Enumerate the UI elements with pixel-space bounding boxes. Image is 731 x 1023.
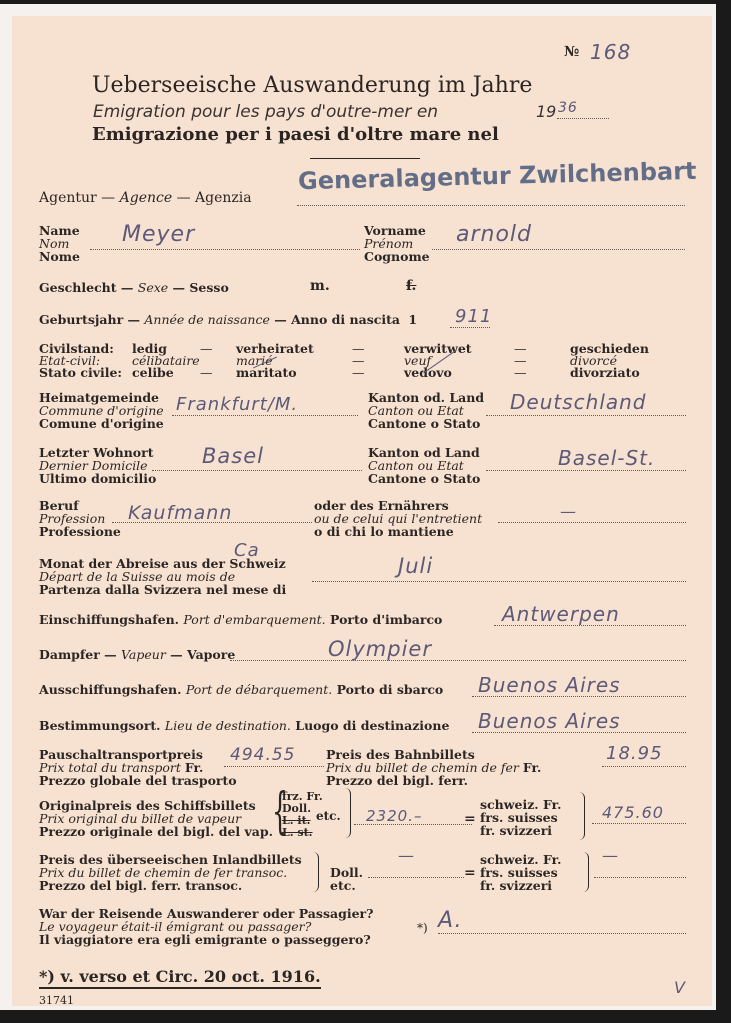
right-brace-icon <box>582 852 589 892</box>
agency-stamp: Generalagentur Zwilchenbart <box>298 157 697 195</box>
birth-year-prefix: 1 <box>408 312 417 327</box>
name-value[interactable]: Meyer <box>122 222 195 247</box>
inland-ticket-price-label-it: Prezzo del bigl. ferr. transoc. <box>39 879 302 892</box>
footer-note: *) v. verso et Circ. 20 oct. 1916. <box>39 967 321 989</box>
name-label-it: Nome <box>39 250 80 263</box>
steamer-label-de: Dampfer — <box>39 647 117 662</box>
title-german: Ueberseeische Auswanderung im Jahre <box>92 73 532 98</box>
agency-dotted-line <box>297 205 685 206</box>
ship-ticket-price-label: Originalpreis des Schiffsbillets Prix or… <box>39 799 273 838</box>
currency-option: L. st. <box>282 827 323 839</box>
year-value: 36 <box>558 100 578 116</box>
home-country-label-it: Cantone o Stato <box>368 417 484 430</box>
birth-year-label: Geburtsjahr — Année de naissance — Anno … <box>39 313 417 326</box>
year-dotted-line <box>557 118 609 119</box>
sex-option-female[interactable]: f. <box>406 278 416 294</box>
destination-label-fr: Lieu de destination. <box>165 718 291 733</box>
residence-canton-dotted-line <box>486 470 686 471</box>
profession-value[interactable]: Kaufmann <box>128 502 232 524</box>
agency-label: Agentur — Agence — Agenzia <box>39 190 252 206</box>
title-italian: Emigrazione per i paesi d'oltre mare nel <box>92 124 499 145</box>
equals-sign: = <box>464 811 476 827</box>
chf-label: fr. svizzeri <box>480 824 561 837</box>
sex-option-male[interactable]: m. <box>310 278 330 294</box>
residence-canton-value[interactable]: Basel-St. <box>558 446 655 470</box>
home-country-dotted-line <box>486 415 686 416</box>
provider-value[interactable]: — <box>560 502 577 521</box>
option-it: maritato <box>236 367 314 379</box>
right-brace-icon <box>312 852 319 892</box>
disembarkation-port-value[interactable]: Buenos Aires <box>478 673 621 697</box>
ship-ticket-chf-value[interactable]: 475.60 <box>602 803 664 822</box>
form-number-value: 168 <box>590 40 631 64</box>
civil-status-married[interactable]: verheiratet marié maritato <box>236 343 314 379</box>
dash: — <box>352 367 365 379</box>
provider-dotted-line <box>498 522 686 523</box>
disembarkation-port-label-it: Porto di sbarco <box>337 682 444 697</box>
right-brace-icon <box>344 788 351 838</box>
inland-ticket-chf-labels: schweiz. Fr. frs. suisses fr. svizzeri <box>480 853 561 892</box>
total-transport-price-value[interactable]: 494.55 <box>230 745 295 765</box>
first-name-dotted-line <box>432 249 685 250</box>
name-dotted-line <box>90 249 360 250</box>
first-name-label: Vorname Prénom Cognome <box>364 224 430 263</box>
home-town-dotted-line <box>172 415 358 416</box>
disembarkation-port-label-fr: Port de débarquement. <box>186 682 332 697</box>
rail-ticket-price-dotted-line <box>602 766 686 767</box>
option-it: celibe <box>132 367 200 379</box>
steamer-label-fr: Vapeur <box>121 647 166 662</box>
embarkation-port-label-it: Porto d'imbarco <box>330 612 442 627</box>
last-residence-label-it: Ultimo domicilio <box>39 472 156 485</box>
total-transport-price-label-it: Prezzo globale del trasporto <box>39 774 237 787</box>
departure-month-dotted-line <box>312 581 686 582</box>
civil-status-label-it: Stato civile: <box>39 367 122 379</box>
residence-canton-label: Kanton od Land Canton ou Etat Cantone o … <box>368 446 480 485</box>
birth-year-label-it: — Anno di nascita <box>274 312 400 327</box>
sex-label-fr: Sexe <box>138 280 168 295</box>
home-town-label-it: Comune d'origine <box>39 417 164 430</box>
embarkation-port-dotted-line <box>494 625 686 626</box>
steamer-label-it: — Vapore <box>170 647 235 662</box>
birth-year-dotted-line <box>450 327 490 328</box>
year-prefix: 19 <box>536 102 556 121</box>
dash: — <box>200 367 213 379</box>
destination-label: Bestimmungsort. Lieu de destination. Luo… <box>39 719 449 732</box>
home-country-label: Kanton od. Land Canton ou Etat Cantone o… <box>368 391 484 430</box>
ship-ticket-chf-dotted-line <box>592 823 686 824</box>
inland-ticket-dotted-line <box>368 877 464 878</box>
destination-value[interactable]: Buenos Aires <box>478 709 621 733</box>
currency-option: etc. <box>330 879 363 892</box>
emigration-form: № 168 Ueberseeische Auswanderung im Jahr… <box>12 16 712 1006</box>
steamer-dotted-line <box>230 660 686 661</box>
embarkation-port-label: Einschiffungshafen. Port d'embarquement.… <box>39 613 442 626</box>
birth-year-label-fr: Année de naissance <box>144 312 270 327</box>
departure-month-value[interactable]: Juli <box>398 554 433 578</box>
destination-dotted-line <box>472 732 686 733</box>
home-town-label: Heimatgemeinde Commune d'origine Comune … <box>39 391 164 430</box>
first-name-label-it: Cognome <box>364 250 430 263</box>
rail-ticket-price-label-it: Prezzo del bigl. ferr. <box>326 774 541 787</box>
sex-label: Geschlecht — Sexe — Sesso <box>39 281 229 294</box>
embarkation-port-value[interactable]: Antwerpen <box>502 602 620 626</box>
chf-label: fr. svizzeri <box>480 879 561 892</box>
departure-month-label: Monat der Abreise aus der Schweiz Départ… <box>39 557 286 596</box>
last-residence-label: Letzter Wohnort Dernier Domicile Ultimo … <box>39 446 156 485</box>
ship-ticket-etc: etc. <box>316 809 341 823</box>
residence-canton-label-it: Cantone o Stato <box>368 472 480 485</box>
civil-status-label: Civilstand: Etat-civil: Stato civile: <box>39 343 122 379</box>
last-residence-value[interactable]: Basel <box>202 444 264 468</box>
footnote-mark: *) <box>417 921 428 935</box>
ship-ticket-price-label-it: Prezzo originale del bigl. del vap. <box>39 825 273 838</box>
home-country-value[interactable]: Deutschland <box>510 390 647 414</box>
form-print-number: 31741 <box>39 994 74 1007</box>
civil-status-divorced[interactable]: geschieden divorcé divorziato <box>570 343 649 379</box>
provider-label-it: o di chi lo mantiene <box>314 525 482 538</box>
currency-unit: Fr. <box>523 760 541 775</box>
traveler-type-dotted-line <box>438 933 686 934</box>
civil-status-dash-2: ——— <box>352 343 365 379</box>
departure-month-label-it: Partenza dalla Svizzera nel mese di <box>39 583 286 596</box>
check-mark: V <box>674 978 686 997</box>
traveler-type-label-it: Il viaggiatore era egli emigrante o pass… <box>39 933 373 946</box>
rail-ticket-price-value[interactable]: 18.95 <box>606 743 663 764</box>
profession-dotted-line <box>112 522 312 523</box>
disembarkation-port-label: Ausschiffungshafen. Port de débarquement… <box>39 683 443 696</box>
disembarkation-port-label-de: Ausschiffungshafen. <box>39 682 181 697</box>
civil-status-dash-1: — — <box>200 343 213 379</box>
inland-ticket-currencies: Doll. etc. <box>330 866 363 892</box>
dash: — <box>514 367 527 379</box>
option-it: divorziato <box>570 367 649 379</box>
ship-ticket-original-value[interactable]: 2320.– <box>366 807 422 825</box>
civil-status-dash-3: ——— <box>514 343 527 379</box>
birth-year-label-de: Geburtsjahr — <box>39 312 140 327</box>
equals-sign: = <box>464 865 476 881</box>
form-number-label: № <box>564 44 579 60</box>
agency-label-de: Agentur — <box>39 190 115 206</box>
total-transport-price-dotted-line <box>224 766 324 767</box>
last-residence-dotted-line <box>152 470 362 471</box>
ship-ticket-chf-labels: schweiz. Fr. frs. suisses fr. svizzeri <box>480 798 561 837</box>
embarkation-port-label-de: Einschiffungshafen. <box>39 612 179 627</box>
destination-label-de: Bestimmungsort. <box>39 718 161 733</box>
provider-label: oder des Ernährers ou de celui qui l'ent… <box>314 499 482 538</box>
sex-label-de: Geschlecht — <box>39 280 133 295</box>
option-it: vedovo <box>404 367 472 379</box>
agency-label-it: — Agenzia <box>177 190 252 206</box>
first-name-value[interactable]: arnold <box>456 222 532 247</box>
inland-ticket-chf-dotted-line <box>594 877 686 878</box>
profession-label-it: Professione <box>39 525 121 538</box>
agency-label-fr: Agence <box>120 190 173 206</box>
ship-ticket-dotted-line <box>354 824 472 825</box>
civil-status-single[interactable]: ledig célibataire celibe <box>132 343 200 379</box>
disembarkation-port-dotted-line <box>472 696 686 697</box>
total-transport-price-label: Pauschaltransportpreis Prix total du tra… <box>39 748 237 787</box>
title-ornament <box>310 158 420 159</box>
birth-year-value[interactable]: 911 <box>455 306 492 327</box>
name-label: Name Nom Nome <box>39 224 80 263</box>
inland-ticket-original-value[interactable]: — <box>398 846 415 865</box>
steamer-value[interactable]: Olympier <box>328 637 432 661</box>
destination-label-it: Luogo di destinazione <box>295 718 449 733</box>
title-french: Emigration pour les pays d'outre-mer en <box>93 102 438 122</box>
sex-label-it: — Sesso <box>173 280 229 295</box>
inland-ticket-price-label: Preis des überseeischen Inlandbillets Pr… <box>39 853 302 892</box>
rail-ticket-price-label: Preis des Bahnbillets Prix du billet de … <box>326 748 541 787</box>
traveler-type-value[interactable]: A. <box>438 908 462 933</box>
steamer-label: Dampfer — Vapeur — Vapore <box>39 648 235 661</box>
embarkation-port-label-fr: Port d'embarquement. <box>183 612 325 627</box>
home-town-value[interactable]: Frankfurt/M. <box>176 394 298 415</box>
traveler-type-label: War der Reisende Auswanderer oder Passag… <box>39 907 373 946</box>
profession-label: Beruf Profession Professione <box>39 499 121 538</box>
right-brace-icon <box>578 792 585 840</box>
inland-ticket-chf-value[interactable]: — <box>602 846 619 865</box>
